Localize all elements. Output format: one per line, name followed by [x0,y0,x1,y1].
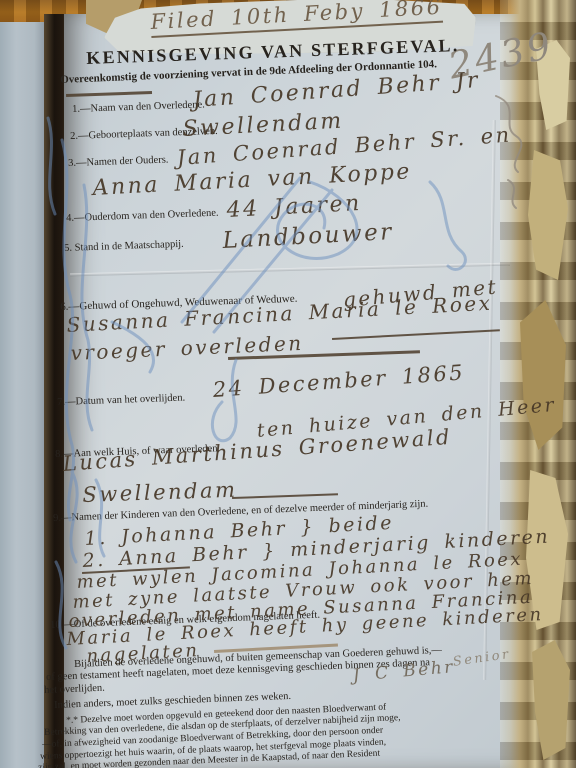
book-cover-edge [0,22,46,768]
photographed-death-notice-page: Filed 10th Feby 1866 2439 KENNISGEVING V… [0,0,576,768]
footer-note-line3: het overlijden. [44,683,105,696]
